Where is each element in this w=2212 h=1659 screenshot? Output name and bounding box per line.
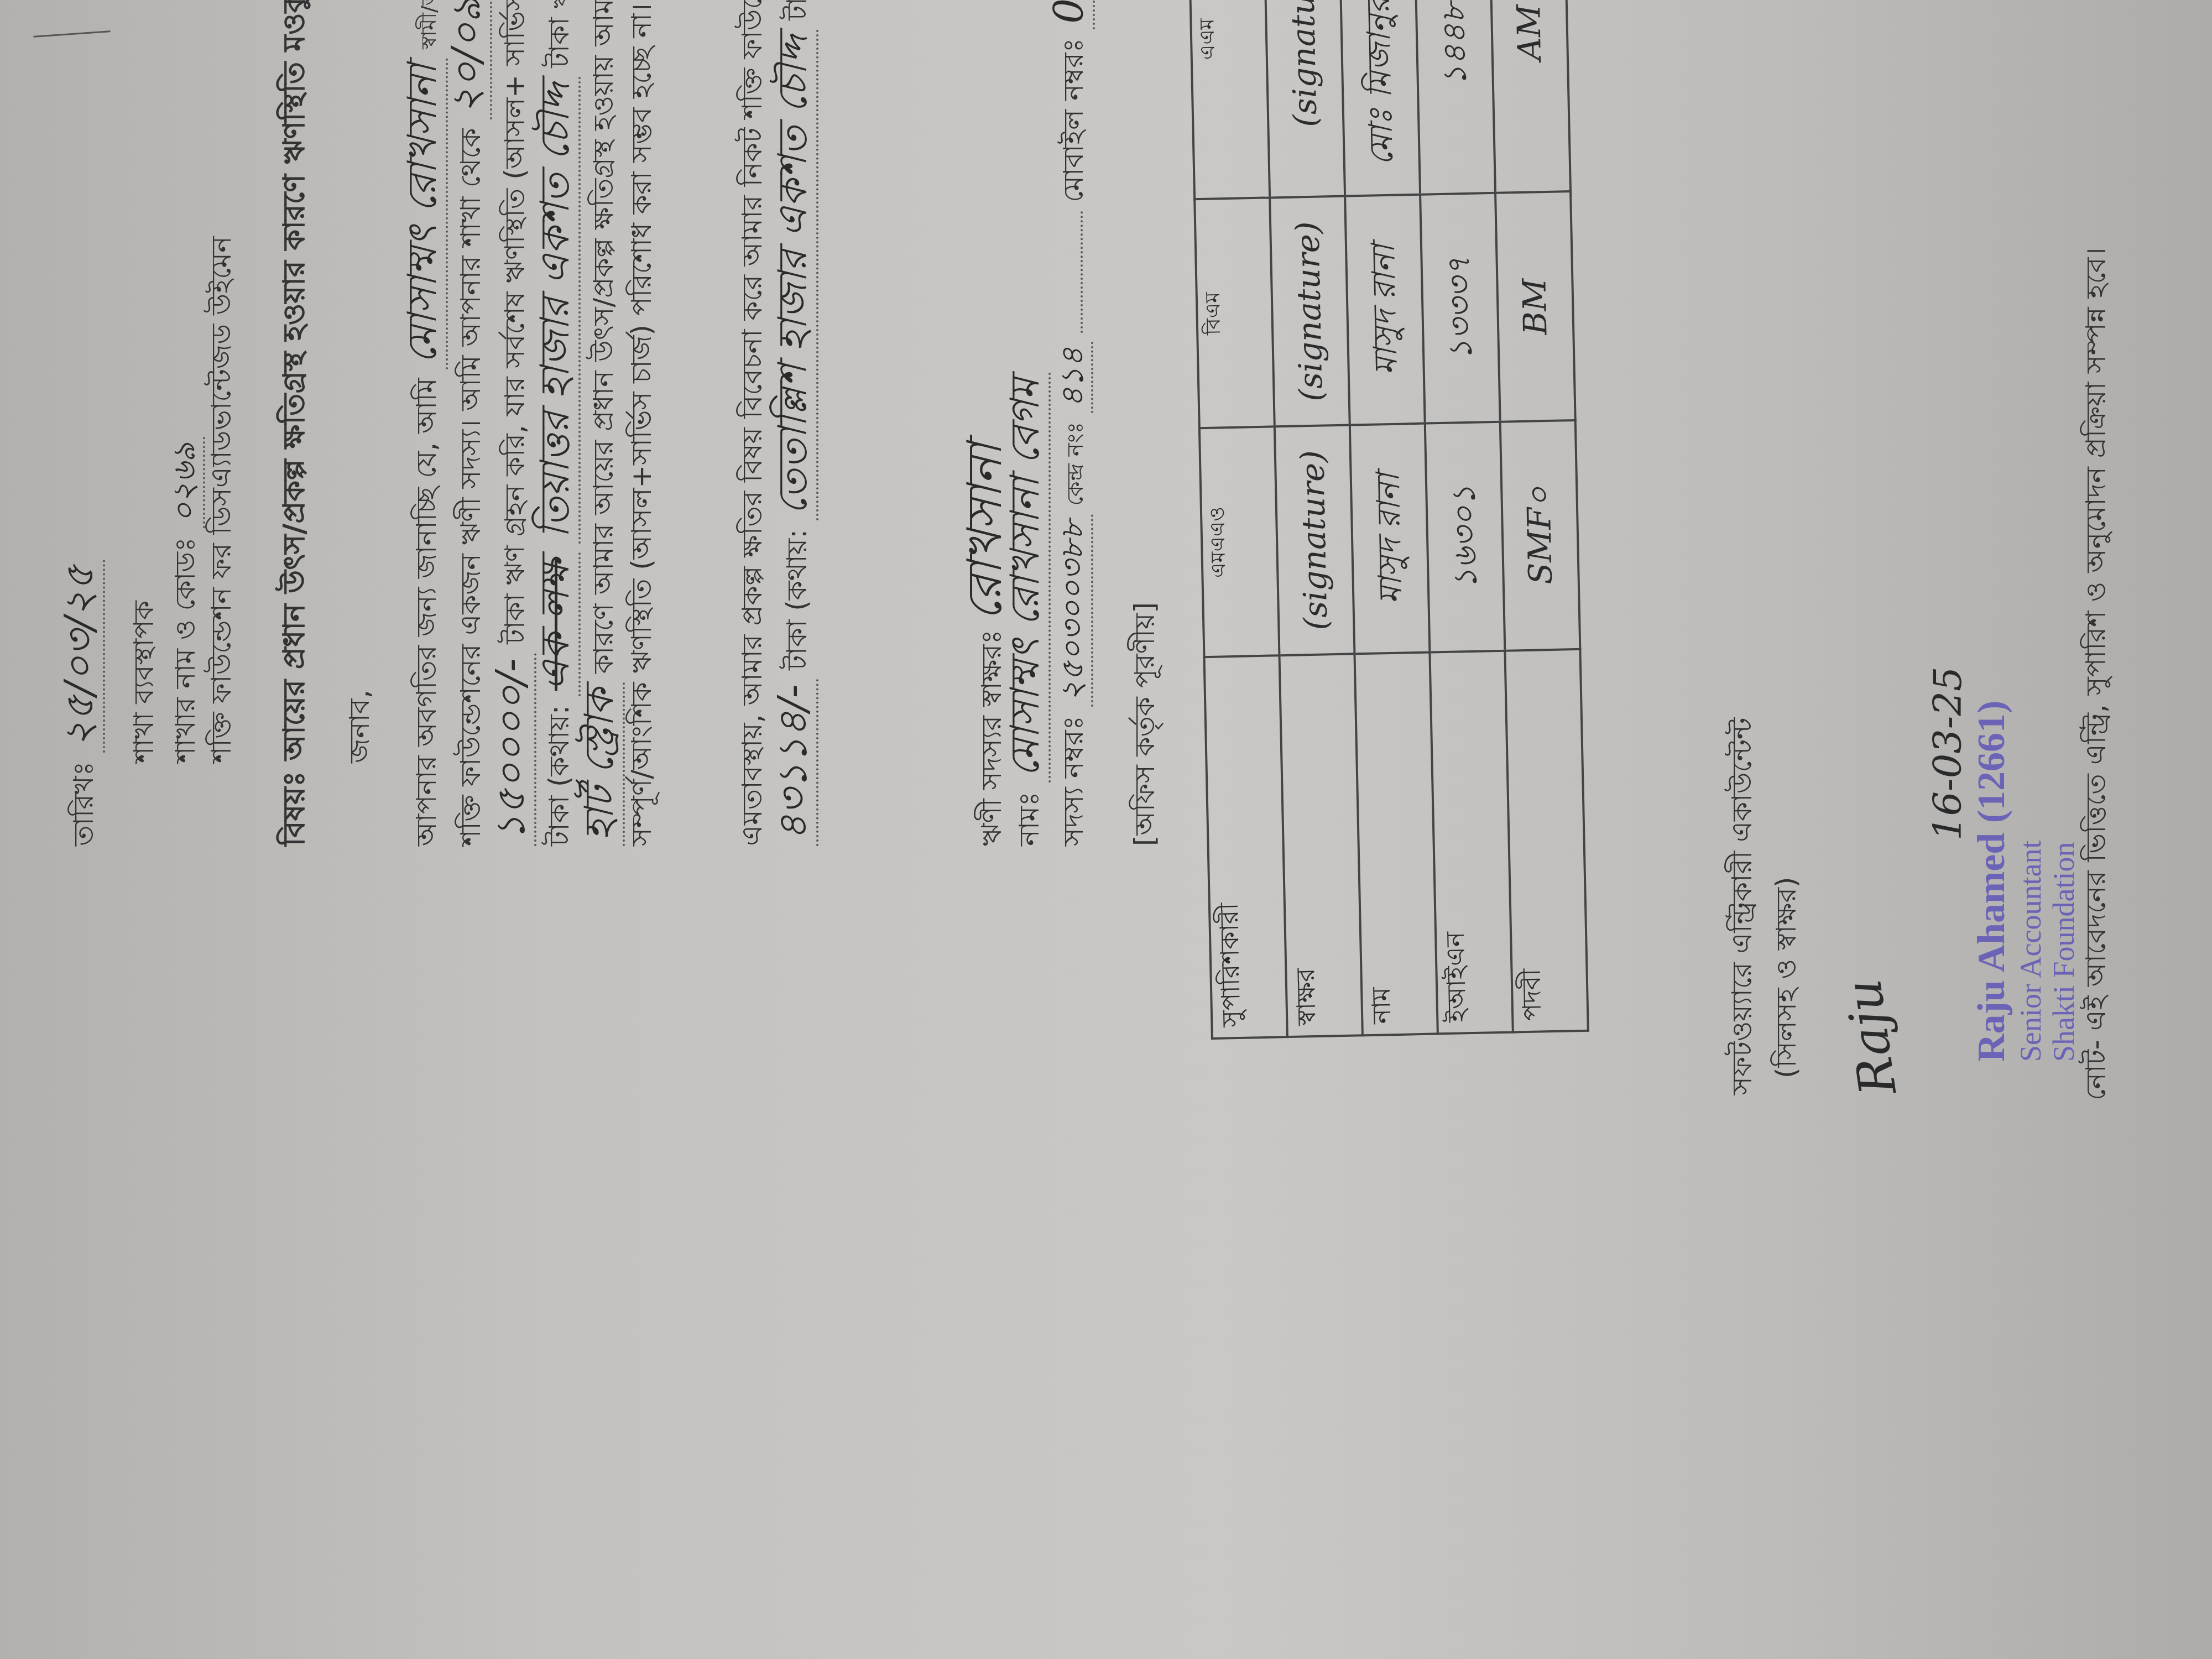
in-words-label: টাকা (কথায়: bbox=[781, 529, 813, 670]
in-words-struck: এক লক্ষ bbox=[531, 552, 581, 696]
row-label: স্বাক্ষর bbox=[1279, 654, 1362, 1037]
para1-line2: শক্তি ফাউন্ডেশনের একজন ঋণী সদস্য। আমি আপ… bbox=[442, 0, 492, 846]
para1-text: শক্তি ফাউন্ডেশনের একজন ঋণী সদস্য। আমি আপ… bbox=[455, 128, 487, 846]
in-words-field: তিয়াত্তর হাজার একশত চৌদ্দ bbox=[531, 76, 581, 544]
date-value: ২৫/০৩/২৫ bbox=[55, 560, 105, 753]
designation-cell: SMF০ bbox=[1500, 420, 1580, 651]
office-section-title: [অফিস কর্তৃক পূরণীয়] bbox=[1128, 602, 1161, 846]
footer-note: নোট- এই আবেদনের ভিত্তিতে এন্ট্রি, সুপারি… bbox=[2079, 247, 2112, 1100]
member-name-field: মোসাম্মৎ রোখসানা bbox=[398, 58, 448, 369]
member-name-value: মোসাম্মৎ রোখসানা বেগম bbox=[1001, 372, 1051, 782]
date-row: তারিখঃ ২৫/০৩/২৫ bbox=[55, 560, 105, 846]
center-no-value: ৪১৪ bbox=[1054, 342, 1093, 413]
member-no-value: ২৫০৩০০৩৮৮ bbox=[1054, 514, 1093, 706]
date-label: তারিখঃ bbox=[67, 761, 100, 846]
signature-cell: (signature) bbox=[1275, 425, 1355, 656]
stamp-org: Shakti Foundation bbox=[2046, 842, 2082, 1062]
row-label: নাম bbox=[1354, 653, 1437, 1036]
para1-text: টাকা ঋণ গ্রহন করি, যার সর্বশেষ ঋণস্থিতি … bbox=[499, 0, 531, 644]
subject-line: বিষয়ঃ আয়ের প্রধান উৎস/প্রকল্প ক্ষতিগ্র… bbox=[276, 0, 312, 846]
name-cell: মাসুদ রানা bbox=[1350, 424, 1430, 654]
paragraph-2: এমতাবস্থায়, আমার প্রকল্প ক্ষতির বিষয় ব… bbox=[735, 0, 818, 846]
para1-line4: টাকা (কথায়: এক লক্ষ তিয়াত্তর হাজার একশ… bbox=[531, 0, 581, 846]
para2-text: টাকা) মওকুফের জন্য আবেদন জানাচ্ছি। bbox=[781, 0, 813, 20]
member-number-row: সদস্য নম্বরঃ ২৫০৩০০৩৮৮ কেন্দ্র নংঃ ৪১৪ ম… bbox=[1045, 0, 1095, 846]
accountant-sub-label: (সিলসহ ও স্বাক্ষর) bbox=[1770, 877, 1803, 1078]
column-header: এমএএও bbox=[1199, 426, 1280, 657]
ein-cell: ১৪৪৮০ bbox=[1413, 0, 1495, 195]
row-label: পদবী bbox=[1505, 649, 1588, 1032]
stamp-name: Raju Ahamed (12661) bbox=[1969, 701, 2015, 1062]
center-no-label: কেন্দ্র নংঃ bbox=[1063, 422, 1088, 506]
waiver-in-words-field: তেতাল্লিশ হাজার একশত চৌদ্দ bbox=[769, 29, 818, 521]
stamp-title: Senior Accountant bbox=[2013, 841, 2049, 1062]
name-label: নামঃ bbox=[1013, 791, 1045, 846]
para1-line3: ১৫০০০০/- টাকা ঋণ গ্রহন করি, যার সর্বশেষ … bbox=[487, 0, 536, 846]
organization-name: শক্তি ফাউন্ডেশন ফর ডিসএ্যাডভান্টেজড উইমে… bbox=[205, 236, 238, 763]
addressee: শাখা ব্যবস্থাপক bbox=[127, 601, 160, 763]
guardian-label: স্বামী/অভিভাবকঃ bbox=[416, 0, 441, 49]
taka-label: টাকা bbox=[543, 17, 575, 67]
ein-cell: ১৩৩৩৭ bbox=[1420, 193, 1500, 424]
member-name-row: নামঃ মোসাম্মৎ রোখসানা বেগম bbox=[1001, 372, 1051, 846]
accountant-date: 16-03-25 bbox=[1924, 666, 1971, 841]
para1-line1: আপনার অবগতির জন্য জানাচ্ছি যে, আমি মোসাম… bbox=[398, 0, 448, 846]
accountant-signature: Raju bbox=[1834, 975, 1909, 1098]
para2-text: এমতাবস্থায়, আমার প্রকল্প ক্ষতির বিষয় ব… bbox=[736, 0, 768, 846]
signature-cell: (signature) bbox=[1263, 0, 1345, 198]
branch-code: ০২৬৯ bbox=[166, 437, 205, 529]
accountant-label: সফটওয়্যারে এন্ট্রিকারী একাউন্টেন্ট bbox=[1725, 718, 1759, 1095]
designation-cell: AM bbox=[1489, 0, 1571, 193]
para1-text: ঋণ গ্রহণের পরবর্তী সময় bbox=[549, 0, 574, 8]
name-cell: মাসুদ রানা bbox=[1345, 195, 1425, 425]
column-header: এএম bbox=[1188, 0, 1270, 200]
office-approval-table: সুপারিশকারী এমএএও বিএম এএম স্বাক্ষর (sig… bbox=[1187, 0, 1589, 1040]
designation-cell: BM bbox=[1495, 191, 1575, 422]
mobile-label: মোবাইল নম্বরঃ bbox=[1057, 38, 1089, 203]
signature-cell: (signature) bbox=[1270, 196, 1350, 427]
column-header: সুপারিশকারী bbox=[1204, 655, 1287, 1039]
member-no-label: সদস্য নম্বরঃ bbox=[1057, 716, 1089, 846]
ein-cell: ১৬৩০১ bbox=[1425, 422, 1505, 653]
waiver-amount-field: ৪৩১১৪/- bbox=[769, 679, 818, 846]
mobile-value: 01761576525 bbox=[1045, 0, 1095, 29]
application-form: তারিখঃ ২৫/০৩/২৫ শাখা ব্যবস্থাপক শাখার না… bbox=[0, 0, 2212, 1659]
loan-date-field: ২০/০৯/২২ bbox=[442, 0, 492, 119]
name-cell: মোঃ মিজানুর রহমান bbox=[1338, 0, 1420, 196]
loan-amount-field: ১৫০০০০/- bbox=[487, 653, 536, 846]
para1-line5: হার্ট স্ট্রোক কারণে আমার আয়ের প্রধান উৎ… bbox=[575, 0, 658, 846]
row-label: ইআইএন bbox=[1430, 651, 1512, 1034]
para1-text: আপনার অবগতির জন্য জানাচ্ছি যে, আমি bbox=[410, 378, 442, 846]
branch-label: শাখার নাম ও কোডঃ bbox=[169, 537, 201, 763]
column-header: বিএম bbox=[1194, 198, 1275, 429]
salutation: জনাব, bbox=[343, 690, 376, 763]
branch-row: শাখার নাম ও কোডঃ ০২৬৯ bbox=[166, 437, 205, 763]
in-words-label: টাকা (কথায়: bbox=[543, 705, 575, 846]
reason-field: হার্ট স্ট্রোক bbox=[575, 682, 625, 846]
